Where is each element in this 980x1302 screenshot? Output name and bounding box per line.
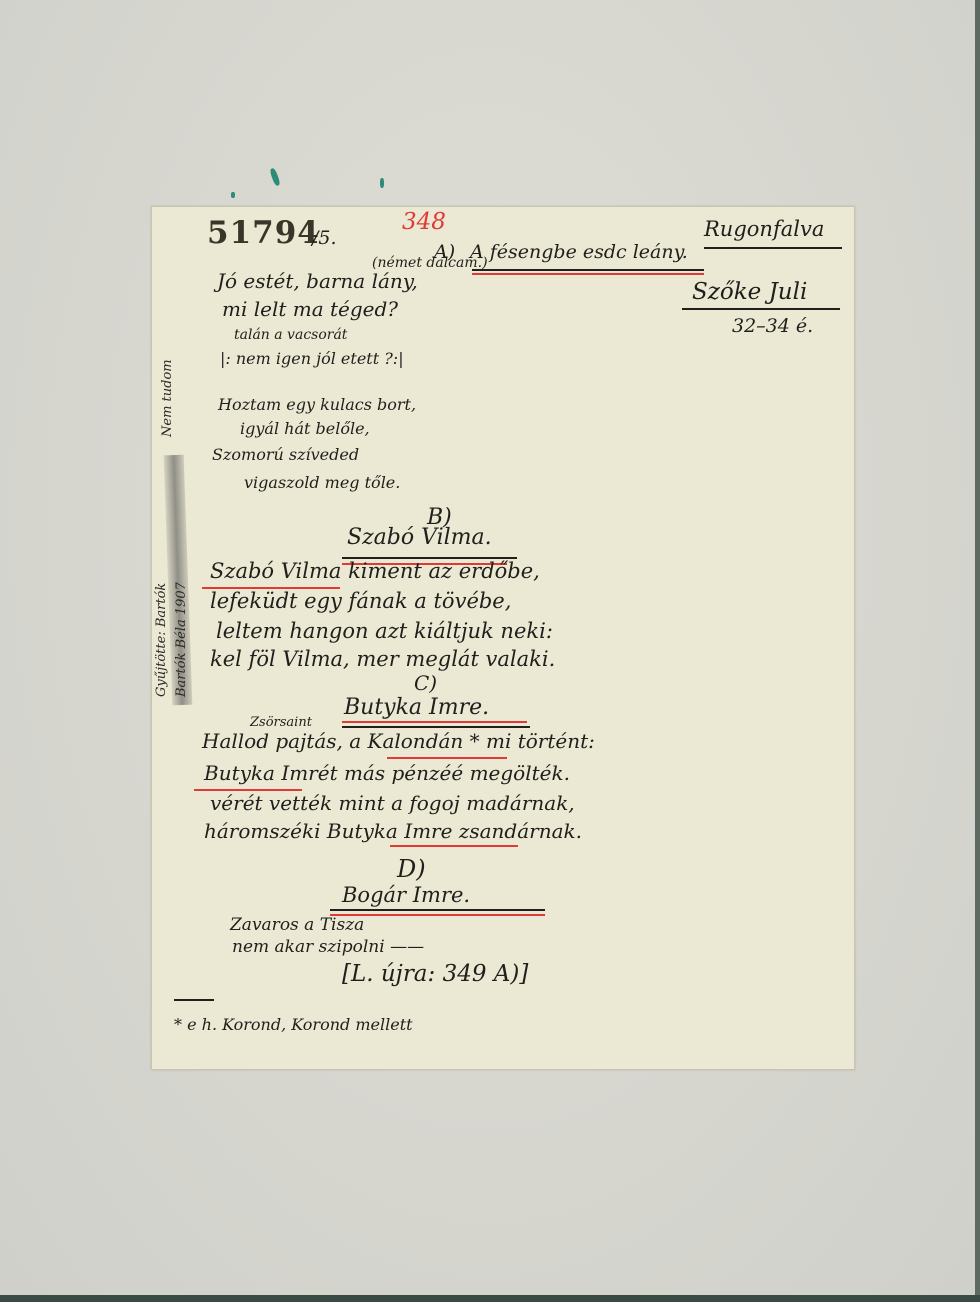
verse-line: igyál hát belőle, bbox=[240, 419, 370, 438]
ink-stain bbox=[231, 192, 235, 198]
page-number: 348 bbox=[402, 209, 446, 235]
underline bbox=[330, 909, 545, 911]
insert-word: Zsörsaint bbox=[250, 715, 312, 730]
red-underline bbox=[342, 721, 527, 723]
verse-line: Butyka Imrét más pénzéé megölték. bbox=[204, 761, 570, 785]
section-b-title: Szabó Vilma. bbox=[347, 525, 492, 550]
section-c-title: Butyka Imre. bbox=[344, 695, 489, 720]
verse-line: |: nem igen jól etett ?:| bbox=[220, 349, 404, 368]
underline bbox=[704, 247, 842, 249]
verse-line: talán a vacsorát bbox=[234, 327, 347, 343]
informant-name: Szőke Juli bbox=[692, 279, 807, 305]
section-c-label: C) bbox=[414, 671, 437, 695]
divider bbox=[174, 999, 214, 1001]
verse-line: kel föl Vilma, mer meglát valaki. bbox=[210, 647, 555, 671]
board-edge bbox=[975, 0, 980, 1302]
manuscript-sheet: 51794 /5. 348 Rugonfalva Szőke Juli 32–3… bbox=[151, 206, 855, 1070]
verse-line: vigaszold meg tőle. bbox=[244, 473, 400, 492]
board-edge bbox=[0, 1295, 980, 1302]
underline bbox=[342, 726, 530, 728]
catalog-number: 51794 bbox=[207, 215, 320, 251]
verse-line: vérét vették mint a fogoj madárnak, bbox=[210, 791, 575, 815]
verse-line: háromszéki Butyka Imre zsandárnak. bbox=[204, 819, 582, 843]
place-name: Rugonfalva bbox=[704, 217, 824, 241]
footnote: * e h. Korond, Korond mellett bbox=[174, 1015, 413, 1034]
margin-note-lower-1: Gyűjtötte: Bartók bbox=[154, 583, 169, 697]
underline bbox=[682, 308, 840, 310]
margin-note-lower-2: Bartók Béla 1907 bbox=[174, 582, 189, 697]
margin-note-upper: Nem tudom bbox=[160, 359, 175, 437]
verse-line: mi lelt ma téged? bbox=[222, 297, 398, 321]
verse-line: lefeküdt egy fának a tövébe, bbox=[210, 589, 511, 613]
section-d-title: Bogár Imre. bbox=[342, 883, 470, 907]
reference-note: [L. újra: 349 A)] bbox=[342, 961, 528, 987]
verse-line: Jó estét, barna lány, bbox=[217, 269, 418, 293]
verse-line: Zavaros a Tisza bbox=[230, 915, 364, 935]
section-a-title: A fésengbe esdc leány. bbox=[470, 241, 688, 263]
verse-line: Szabó Vilma kiment az erdőbe, bbox=[210, 559, 540, 583]
verse-line: Szomorú szíveded bbox=[212, 445, 359, 464]
red-underline bbox=[390, 845, 518, 847]
verse-line: nem akar szipolni —— bbox=[232, 937, 424, 957]
red-underline bbox=[387, 757, 507, 759]
section-d-label: D) bbox=[397, 855, 426, 883]
red-underline bbox=[472, 273, 704, 275]
ink-stain bbox=[380, 178, 384, 188]
verse-line: leltem hangon azt kiáltjuk neki: bbox=[216, 619, 553, 643]
verse-line: Hallod pajtás, a Kalondán * mi történt: bbox=[202, 729, 595, 753]
verse-line: Hoztam egy kulacs bort, bbox=[218, 395, 416, 414]
underline bbox=[472, 269, 704, 271]
informant-age: 32–34 é. bbox=[732, 315, 813, 337]
catalog-suffix: /5. bbox=[312, 227, 337, 249]
